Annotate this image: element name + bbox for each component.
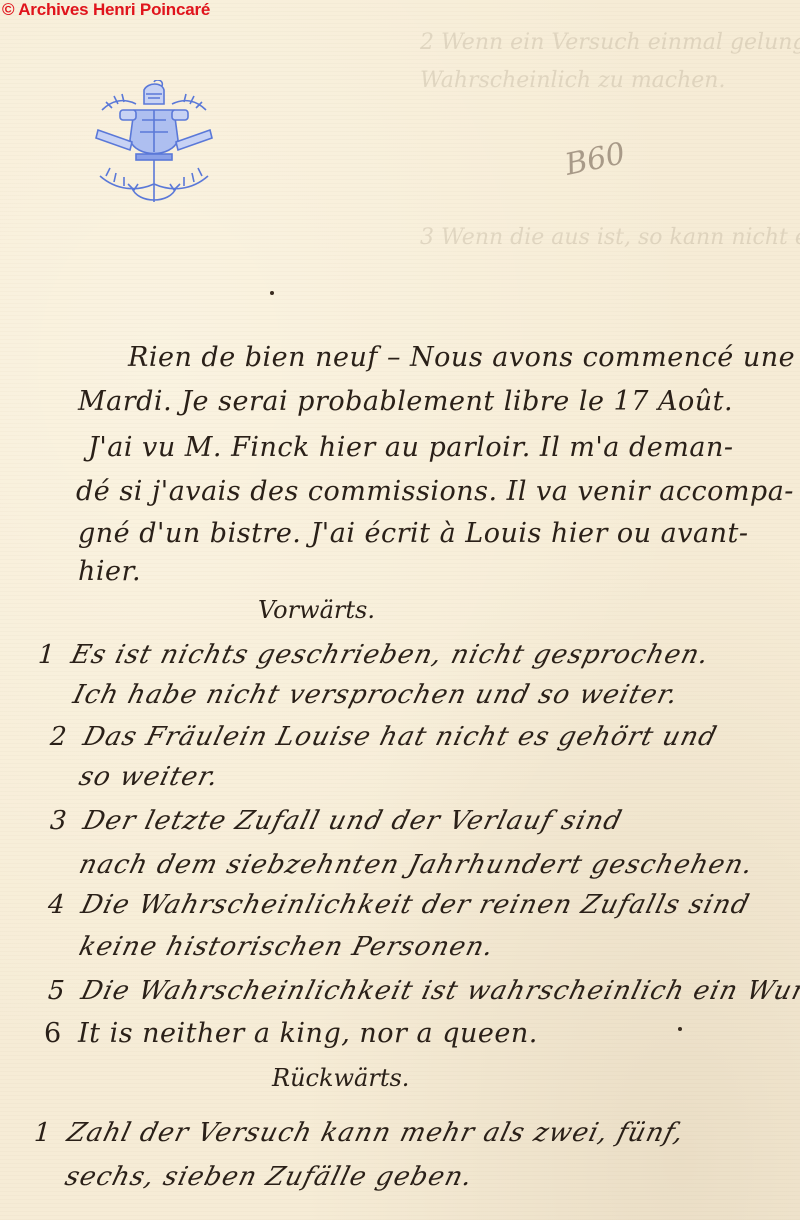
paragraph-line: dé si j'avais des commissions. Il va ven… <box>76 476 794 507</box>
copyright-watermark: © Archives Henri Poincaré <box>2 0 210 20</box>
exercise-item: 1Zahl der Versuch kann mehr als zwei, fü… <box>30 1118 688 1148</box>
paragraph-line: gné d'un bistre. J'ai écrit à Louis hier… <box>78 518 748 549</box>
show-through-line: 3 Wenn die aus ist, so kann nicht es ... <box>420 225 800 250</box>
letterhead-crest-icon <box>92 80 216 208</box>
exercise-line: Ich habe nicht versprochen und so weiter… <box>70 680 682 710</box>
exercise-line: sechs, sieben Zufälle geben. <box>62 1162 476 1192</box>
paragraph-line: Rien de bien neuf – Nous avons commencé … <box>128 342 800 373</box>
paragraph-line: Mardi. Je serai probablement libre le 17… <box>78 386 733 417</box>
exercise-item: 4Die Wahrscheinlichkeit der reinen Zufal… <box>44 890 753 920</box>
show-through-line: 2 Wenn ein Versuch einmal gelungen ist, … <box>420 30 800 55</box>
item-text: Es ist nichts geschrieben, nicht gesproc… <box>68 640 713 670</box>
exercise-item: 2Das Fräulein Louise hat nicht es gehört… <box>46 722 720 752</box>
item-number: 6 <box>44 1018 78 1049</box>
exercise-line: nach dem siebzehnten Jahrhundert gescheh… <box>76 850 757 880</box>
exercise-item: 1Es ist nichts geschrieben, nicht gespro… <box>34 640 713 670</box>
section-heading: Rückwärts. <box>272 1064 409 1092</box>
item-text: Zahl der Versuch kann mehr als zwei, fün… <box>64 1118 688 1148</box>
exercise-line: keine historischen Personen. <box>76 932 498 962</box>
item-text: Der letzte Zufall und der Verlauf sind <box>80 806 626 836</box>
item-text: It is neither a king, nor a queen. <box>78 1018 538 1049</box>
archive-reference-mark: B60 <box>562 136 628 183</box>
item-text: Das Fräulein Louise hat nicht es gehört … <box>80 722 720 752</box>
section-heading: Vorwärts. <box>258 596 375 624</box>
paragraph-line: J'ai vu M. Finck hier au parloir. Il m'a… <box>88 432 733 463</box>
ink-speck <box>270 291 274 295</box>
item-text: Die Wahrscheinlichkeit der reinen Zufall… <box>78 890 753 920</box>
paragraph-line: hier. <box>78 556 141 587</box>
show-through-line: Wahrscheinlich zu machen. <box>420 68 725 93</box>
ink-speck <box>678 1027 682 1031</box>
item-text: Die Wahrscheinlichkeit ist wahrscheinlic… <box>78 976 800 1006</box>
exercise-item: 6It is neither a king, nor a queen. <box>44 1018 538 1049</box>
exercise-item: 5Die Wahrscheinlichkeit ist wahrscheinli… <box>44 976 800 1006</box>
exercise-line: so weiter. <box>76 762 222 792</box>
exercise-item: 3Der letzte Zufall und der Verlauf sind <box>46 806 626 836</box>
